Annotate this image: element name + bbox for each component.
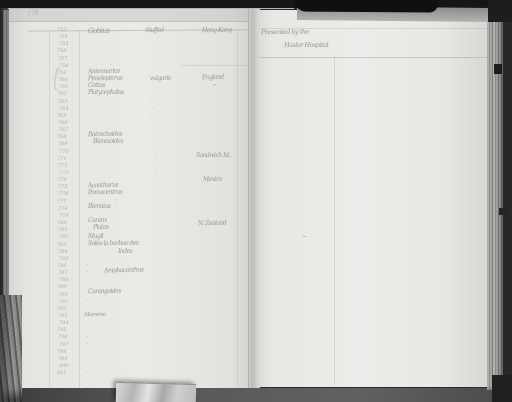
register-number: 775 [58,184,68,190]
ditto-mark: · [86,269,87,276]
register-number: 769 [58,141,68,147]
register-number: 766 [58,120,68,126]
register-number: 755 [59,41,69,47]
handwriting-entry: Presented by the [261,28,309,36]
register-number: 768 [57,134,67,140]
edge-notch-top [494,64,502,74]
handwriting-entry: Indes [118,248,132,255]
photo-shadow-wedge [294,0,438,13]
ditto-mark: · [151,112,152,119]
ditto-mark: · [87,262,88,269]
register-number: 801 [57,370,67,376]
register-number: 795 [57,327,67,333]
ditto-mark: · [114,197,115,204]
handwriting-entry: England [202,74,224,82]
photo-background-right [503,0,512,402]
register-number: 789 [57,284,67,290]
ditto-mark: · [109,55,110,62]
register-number: 765 [57,113,67,119]
register-number: 779 [59,213,69,219]
ditto-mark: · [151,98,152,105]
scanned-register-photo: 7537547557567577587597607617627637647657… [0,0,512,402]
register-number: 772 [58,163,68,169]
handwriting-entry: Cottus [88,82,105,89]
register-number: 767 [59,127,69,133]
ditto-mark: · [87,349,88,356]
handwriting-entry: Solea la barbue des [88,240,139,247]
register-number: 797 [59,341,69,347]
handwriting-entry: Sandwich Isl. [196,152,230,159]
page-top-edge-highlight [8,8,294,9]
grouping-brace: { [51,64,59,92]
register-number: 800 [59,363,69,369]
register-number: 773 [59,170,69,176]
register-number: 764 [59,106,69,112]
register-number: 771 [57,156,67,162]
handwriting-entry: Mexico [203,176,222,184]
left-page-edge-stack [0,295,22,402]
register-number: 780 [57,220,67,226]
handwriting-entry: N. Zealand [198,220,226,228]
register-number: 792 [57,306,67,312]
handwriting-entry: Haslar Hospital [284,41,328,49]
register-number: 757 [58,55,68,61]
ditto-mark: · [86,370,87,377]
ditto-mark: · [87,305,88,312]
handwriting-layer: 7537547557567577587597607617627637647657… [0,0,512,402]
register-number: 786 [57,263,67,269]
register-number: 781 [58,227,68,233]
handwriting-entry: Pomacentrus [88,189,122,197]
register-number: 785 [59,256,69,262]
ditto-mark: · [87,377,88,384]
ditto-mark: · [87,334,88,341]
register-number: 761 [59,84,69,90]
register-number: 756 [57,48,67,54]
register-number: 777 [57,198,67,204]
left-folio-number: 170 [27,10,39,18]
handwriting-entry: Hong Kong [202,27,232,34]
ditto-mark: · [86,341,87,348]
register-number: 753 [57,27,67,33]
register-number: 790 [58,291,68,297]
handwriting-entry: Amphacanthus [104,266,144,274]
ditto-mark: · [87,320,88,327]
register-number: 762 [57,91,67,97]
ditto-mark: · [154,161,155,168]
register-number: 798 [57,349,67,355]
ditto-mark: · [86,356,87,363]
ditto-mark: · [86,327,87,334]
ditto-mark: · [152,105,153,112]
register-number: 793 [58,313,68,319]
register-number: 763 [58,98,68,104]
register-number: 783 [57,241,67,247]
register-number: 794 [59,320,69,326]
ditto-mark: · [155,154,156,161]
register-number: 796 [58,334,68,340]
register-number: 799 [58,356,68,362]
ditto-mark: · [155,168,156,175]
handwriting-entry: Carangoides [88,288,121,296]
register-number: 784 [58,249,68,255]
register-number: 770 [59,148,69,154]
register-number: 758 [59,63,69,69]
handwriting-entry: Blennioides [93,138,123,145]
ditto-mark: · [110,48,111,55]
handwriting-entry: Gobius [88,27,110,36]
ditto-mark: · [87,291,88,298]
ditto-mark: · [128,264,129,271]
ditto-mark: · [86,255,87,262]
ditto-mark: · [110,62,111,69]
register-number: 754 [58,34,68,40]
photo-background-bottom [0,388,512,402]
handwriting-entry: Blennius [88,203,111,210]
register-number: 782 [59,234,69,240]
ditto-mark: · [115,204,116,211]
register-number: 788 [59,277,69,283]
ditto-mark: · [109,41,110,48]
edge-notch-middle [499,208,506,215]
ditto-mark: · [86,313,87,320]
photo-corner-bottom-right [492,375,512,402]
ruler-object [116,382,197,402]
photo-corner-top-right [488,0,512,22]
register-number: 774 [57,177,67,183]
ditto-mark: · [86,298,87,305]
register-number: 778 [58,206,68,212]
register-number: 776 [59,191,69,197]
ditto-mark: · [127,256,128,263]
register-number: 791 [59,299,69,305]
handwriting-entry: ” [213,84,216,91]
handwriting-entry: Stuffed [145,27,164,34]
ditto-mark: · [152,119,153,126]
handwriting-entry: Mugil [88,233,103,240]
ditto-mark: · [87,277,88,284]
ditto-mark: · [87,363,88,370]
handwriting-entry: vulgaris [150,75,171,82]
ditto-mark: · [154,147,155,154]
handwriting-entry: Platycephalus [88,89,124,96]
register-number: 787 [58,270,68,276]
ditto-mark: · [86,284,87,291]
handwriting-entry: Platax [93,224,109,231]
